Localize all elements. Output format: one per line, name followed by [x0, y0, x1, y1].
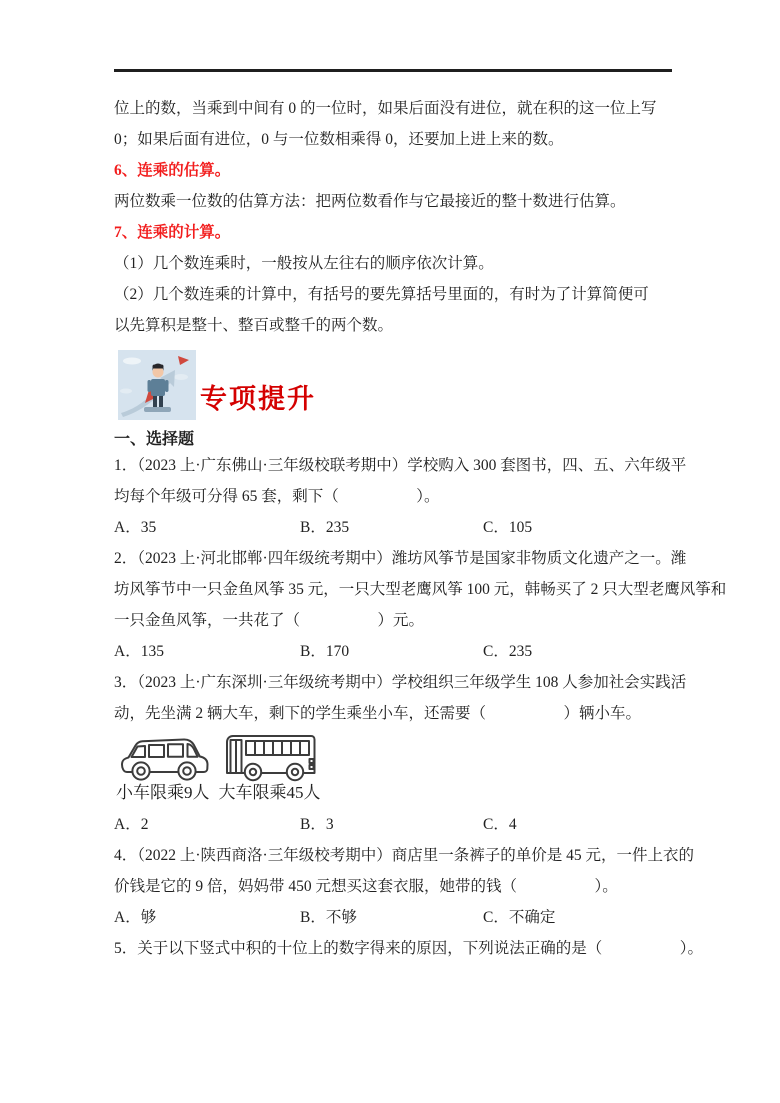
- option-a: A．2: [114, 809, 300, 840]
- notes-heading-6: 6、连乘的估算。: [114, 155, 674, 186]
- question-4-text: 4．（2022 上·陕西商洛·三年级校考期中）商店里一条裤子的单价是 45 元，…: [114, 840, 674, 871]
- bus-illustration: [222, 731, 318, 783]
- notes-text-line: 位上的数，当乘到中间有 0 的一位时，如果后面没有进位，就在积的这一位上写: [114, 93, 674, 124]
- question-1-text: 1．（2023 上·广东佛山·三年级校联考期中）学校购入 300 套图书，四、五…: [114, 450, 674, 481]
- header-separator-line: [114, 69, 672, 72]
- car-capacity-label: 小车限乘9人: [116, 783, 210, 803]
- question-3-text: 动，先坐满 2 辆大车，剩下的学生乘坐小车，还需要（ ）辆小车。: [114, 698, 674, 729]
- question-2-text: 一只金鱼风筝，一共花了（ ）元。: [114, 605, 674, 636]
- worksheet-page: 位上的数，当乘到中间有 0 的一位时，如果后面没有进位，就在积的这一位上写 0；…: [0, 0, 780, 1103]
- question-1-options: A．35B．235C．105: [114, 512, 674, 543]
- question-4-options: A．够B．不够C．不确定: [114, 902, 674, 933]
- banner-title: 专项提升: [200, 382, 316, 416]
- question-4-text: 价钱是它的 9 倍，妈妈带 450 元想买这套衣服，她带的钱（ ）。: [114, 871, 674, 902]
- small-car-illustration: [119, 731, 211, 783]
- question-3-options: A．2B．3C．4: [114, 809, 674, 840]
- option-b: B．170: [300, 636, 483, 667]
- option-b: B．235: [300, 512, 483, 543]
- question-3-text: 3．（2023 上·广东深圳·三年级统考期中）学校组织三年级学生 108 人参加…: [114, 667, 674, 698]
- notes-text-line: 两位数乘一位数的估算方法：把两位数看作与它最接近的整十数进行估算。: [114, 186, 674, 217]
- option-c: C．不确定: [483, 902, 555, 933]
- section-banner: 专项提升: [118, 350, 538, 420]
- notes-text-line: 0；如果后面有进位，0 与一位数相乘得 0，还要加上进上来的数。: [114, 124, 674, 155]
- option-b: B．3: [300, 809, 483, 840]
- question-3-figure: 小车限乘9人大车限乘45人: [114, 729, 674, 809]
- notes-text-line: （2）几个数连乘的计算中，有括号的要先算括号里面的，有时为了计算简便可: [114, 279, 674, 310]
- option-c: C．235: [483, 636, 532, 667]
- option-c: C．105: [483, 512, 532, 543]
- bus-capacity-label: 大车限乘45人: [219, 783, 321, 803]
- knowledge-notes: 位上的数，当乘到中间有 0 的一位时，如果后面没有进位，就在积的这一位上写 0；…: [114, 93, 674, 341]
- question-2-text: 2．（2023 上·河北邯郸·四年级统考期中）潍坊风筝节是国家非物质文化遗产之一…: [114, 543, 674, 574]
- vehicle-illustrations: [114, 729, 674, 783]
- option-a: A．够: [114, 902, 300, 933]
- notes-text-line: 以先算积是整十、整百或整千的两个数。: [114, 310, 674, 341]
- vehicle-captions: 小车限乘9人大车限乘45人: [114, 783, 674, 805]
- question-5-text: 5．关于以下竖式中积的十位上的数字得来的原因，下列说法正确的是（ ）。: [114, 933, 674, 964]
- option-c: C．4: [483, 809, 517, 840]
- question-2-options: A．135B．170C．235: [114, 636, 674, 667]
- option-a: A．35: [114, 512, 300, 543]
- option-b: B．不够: [300, 902, 483, 933]
- questions-list: 1．（2023 上·广东佛山·三年级校联考期中）学校购入 300 套图书，四、五…: [114, 450, 674, 964]
- notes-heading-7: 7、连乘的计算。: [114, 217, 674, 248]
- option-a: A．135: [114, 636, 300, 667]
- growth-person-illustration-icon: [118, 350, 196, 425]
- question-1-text: 均每个年级可分得 65 套，剩下（ ）。: [114, 481, 674, 512]
- notes-text-line: （1）几个数连乘时，一般按从左往右的顺序依次计算。: [114, 248, 674, 279]
- question-2-text: 坊风筝节中一只金鱼风筝 35 元，一只大型老鹰风筝 100 元，韩畅买了 2 只…: [114, 574, 674, 605]
